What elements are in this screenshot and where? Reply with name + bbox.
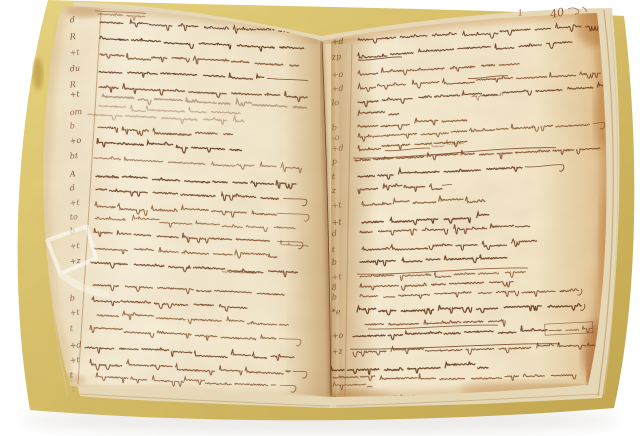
margin-mark: d <box>331 229 337 238</box>
margin-mark: +t <box>69 198 80 208</box>
margin-mark: +t <box>69 48 80 58</box>
margin-mark: to <box>69 212 78 222</box>
margin-mark: du <box>69 64 80 74</box>
margin-mark: -o <box>331 133 339 143</box>
margin-mark: +o <box>69 136 81 146</box>
margin-mark: b <box>69 121 75 130</box>
manuscript-photo: dR+tduR+tomb+obtAd+ttob+t+zb+tt+d+tt +dz… <box>0 0 640 436</box>
trailing-rule <box>293 371 306 372</box>
margin-mark: +t <box>69 308 80 318</box>
margin-mark: +d <box>331 84 344 94</box>
margin-mark: +t <box>69 89 80 99</box>
margin-mark: b <box>331 258 337 267</box>
margin-mark: *e <box>331 307 341 317</box>
margin-mark: d <box>69 15 75 24</box>
margin-mark: om <box>69 107 83 117</box>
margin-mark: +t <box>69 355 80 365</box>
margin-mark: R <box>68 32 76 42</box>
trailing-rule <box>280 385 295 386</box>
cover-stain <box>33 58 43 90</box>
margin-mark: +o <box>331 70 343 80</box>
margin-mark: +t <box>69 241 80 251</box>
margin-mark: +d <box>69 340 82 350</box>
margin-mark: d <box>69 183 75 192</box>
margin-mark: b <box>69 293 75 302</box>
margin-mark: R <box>68 80 76 90</box>
margin-mark: +t <box>331 272 342 282</box>
margin-mark: 8 <box>331 283 337 292</box>
margin-mark: A <box>68 169 76 179</box>
manuscript-scan: dR+tduR+tomb+obtAd+ttob+t+zb+tt+d+tt +dz… <box>0 0 640 436</box>
margin-mark: bt <box>69 151 79 161</box>
margin-mark: b <box>331 292 337 301</box>
